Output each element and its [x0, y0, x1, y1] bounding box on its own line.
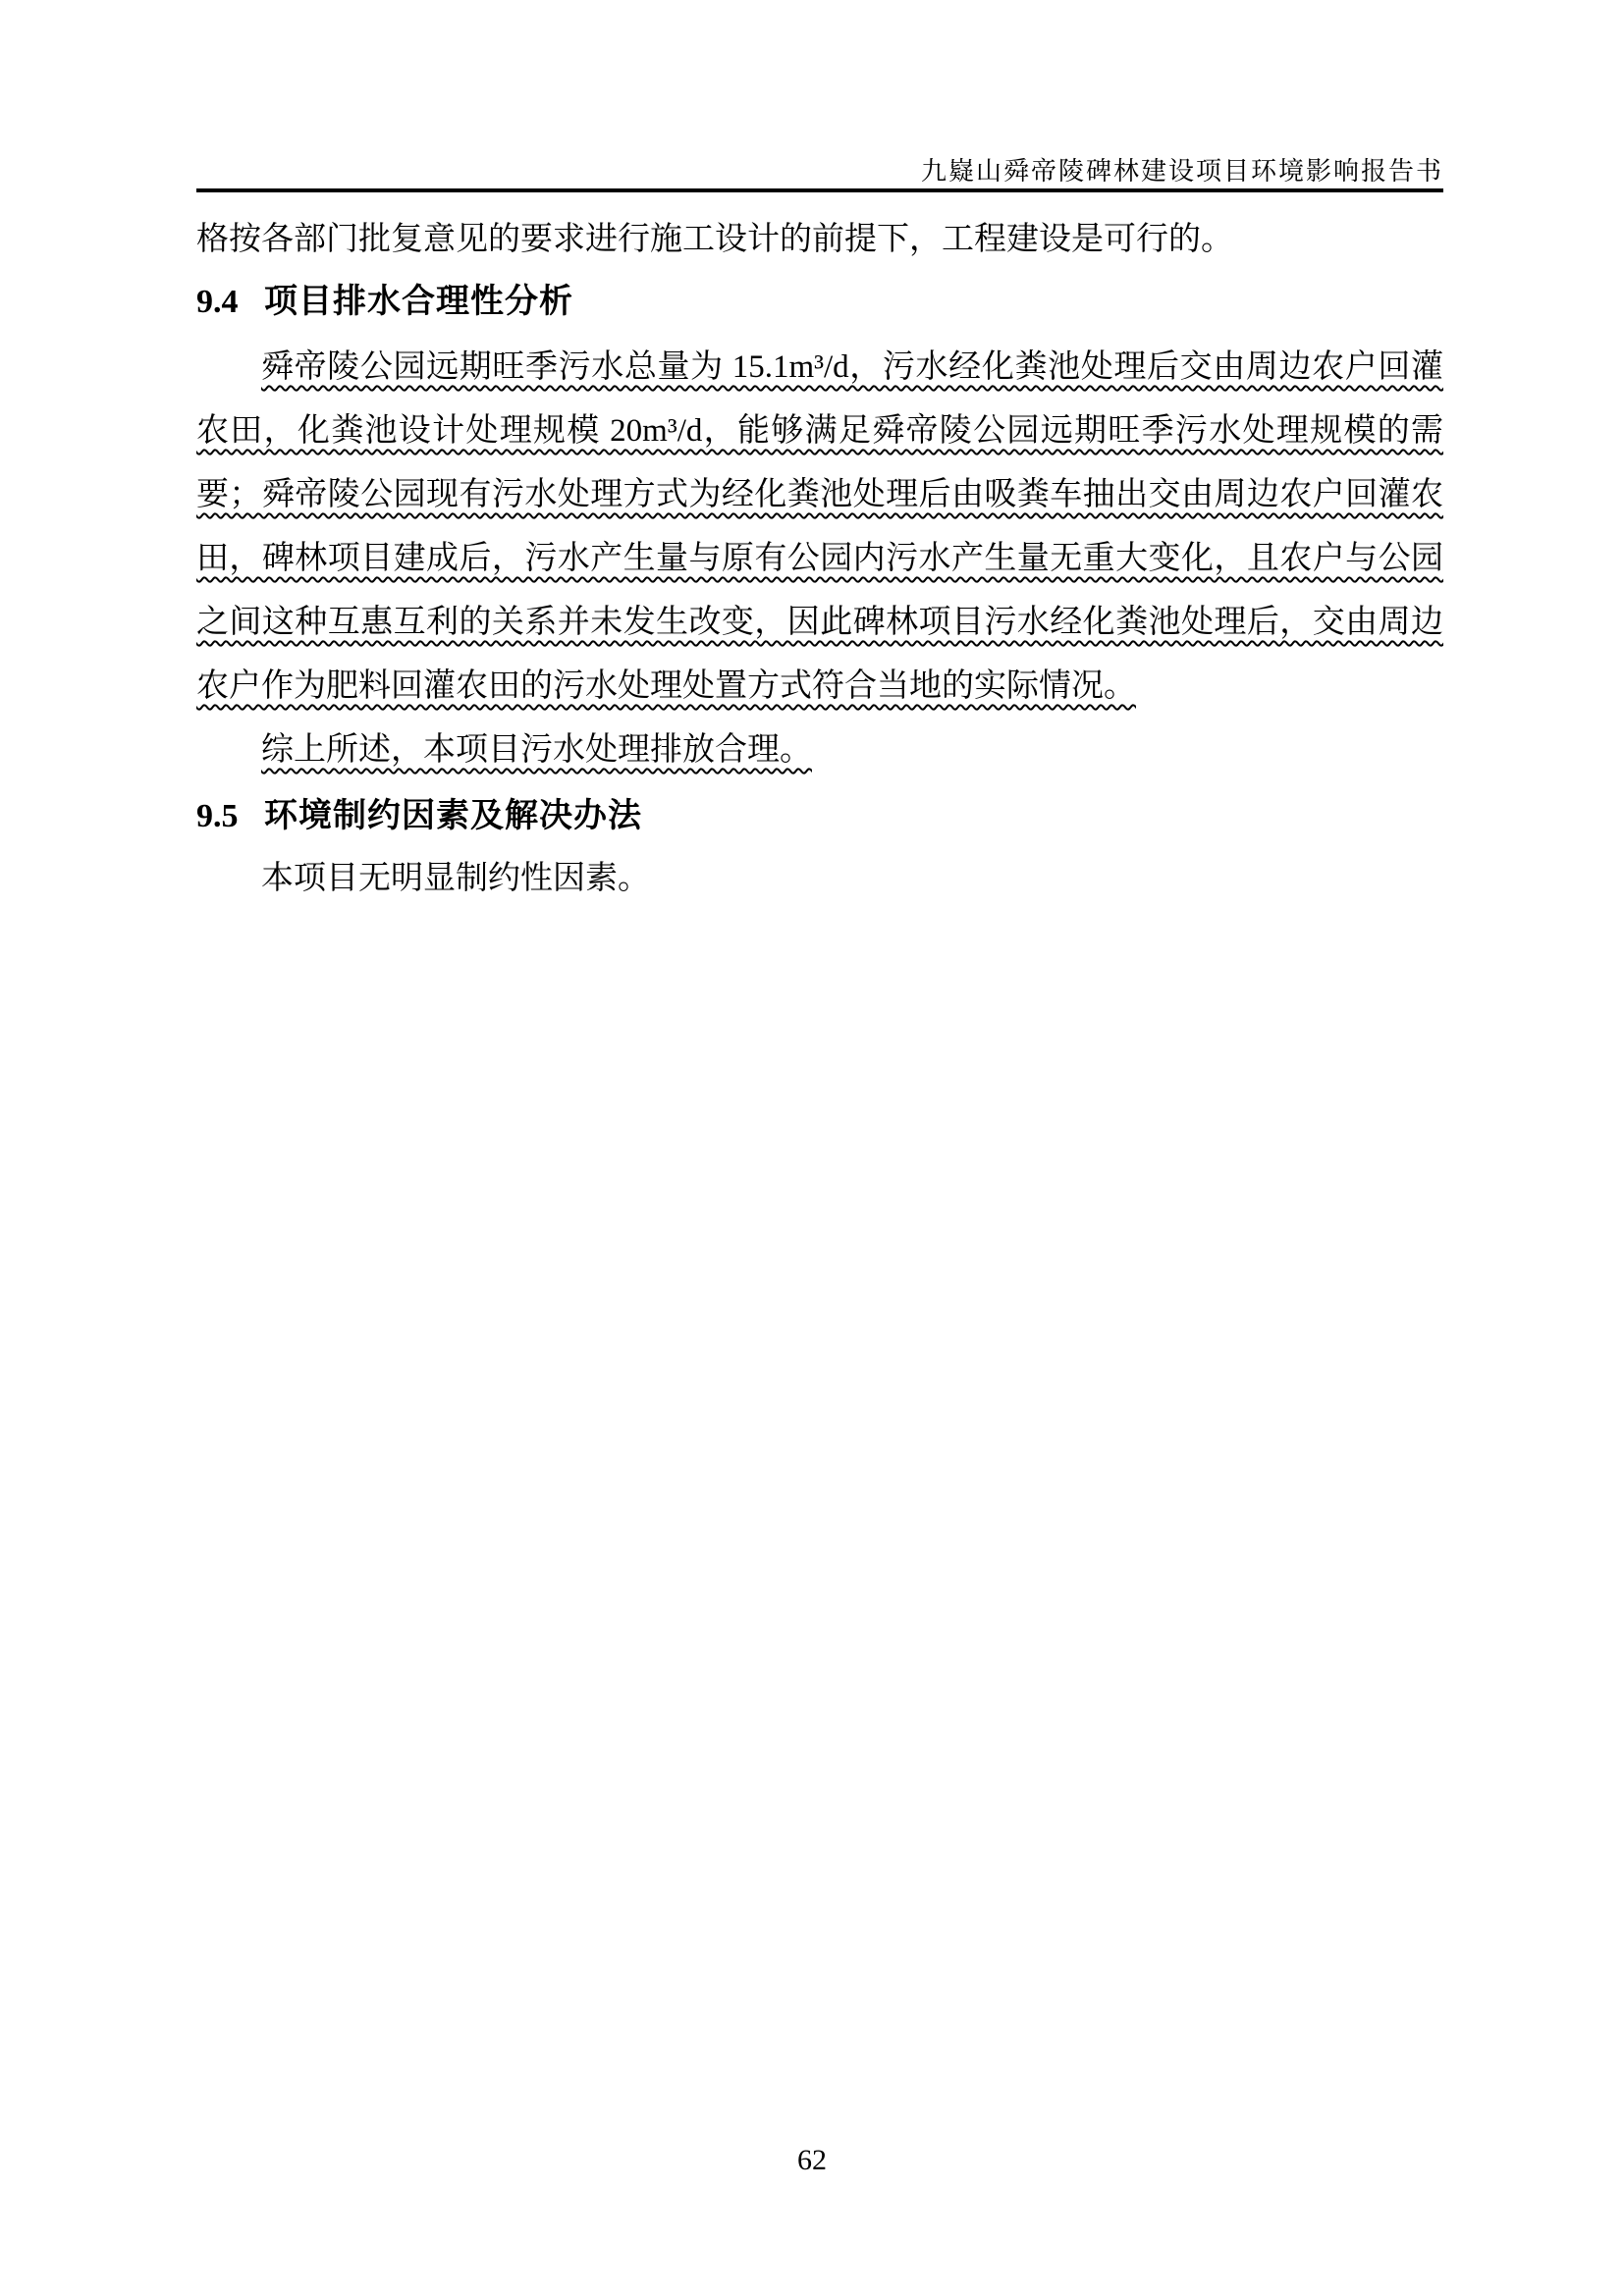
- section-9-4-title: 项目排水合理性分析: [264, 283, 573, 320]
- section-heading-9-5: 9.5 环境制约因素及解决办法: [196, 793, 1443, 839]
- page-number: 62: [797, 2144, 827, 2176]
- document-page: 九嶷山舜帝陵碑林建设项目环境影响报告书 格按各部门批复意见的要求进行施工设计的前…: [0, 0, 1624, 2296]
- header-rule: [196, 188, 1443, 192]
- paragraph-construction-feasibility: 格按各部门批复意见的要求进行施工设计的前提下，工程建设是可行的。: [196, 208, 1443, 272]
- page-content: 九嶷山舜帝陵碑林建设项目环境影响报告书 格按各部门批复意见的要求进行施工设计的前…: [196, 157, 1443, 911]
- paragraph-drainage-conclusion: 综上所述，本项目污水处理排放合理。: [196, 719, 1443, 782]
- running-header-title: 九嶷山舜帝陵碑林建设项目环境影响报告书: [921, 157, 1443, 186]
- page-footer: 62: [0, 2144, 1624, 2177]
- section-9-4-number: 9.4: [196, 284, 239, 320]
- running-header: 九嶷山舜帝陵碑林建设项目环境影响报告书: [196, 157, 1443, 187]
- paragraph-drainage-analysis: 舜帝陵公园远期旺季污水总量为 15.1m³/d，污水经化粪池处理后交由周边农户回…: [196, 336, 1443, 719]
- section-heading-9-4: 9.4 项目排水合理性分析: [196, 279, 1443, 325]
- section-9-5-number: 9.5: [196, 798, 239, 834]
- paragraph-no-constraints: 本项目无明显制约性因素。: [196, 847, 1443, 911]
- section-9-5-title: 环境制约因素及解决办法: [264, 797, 642, 834]
